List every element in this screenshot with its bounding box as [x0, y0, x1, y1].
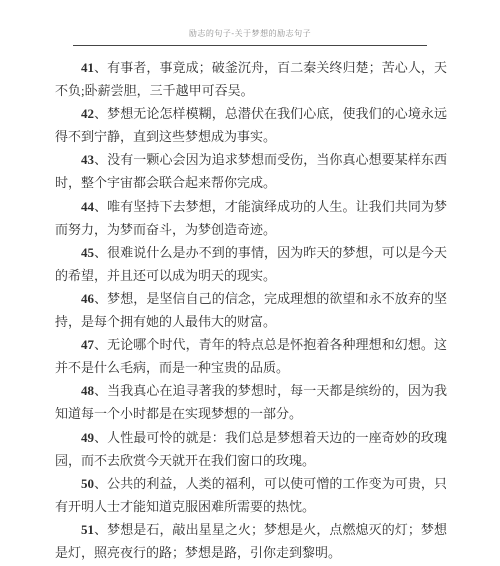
quote-paragraph: 43、没有一颗心会因为追求梦想而受伤，当你真心想要某样东西时，整个宇宙都会联合起… — [55, 148, 447, 194]
quote-list: 41、有事者，事竟成；破釜沉舟，百二秦关终归楚；苦心人，天不负;卧薪尝胆，三千越… — [55, 56, 447, 564]
quote-text: 梦想，是坚信自己的信念，完成理想的欲望和永不放弃的坚持，是每个拥有她的人最伟大的… — [55, 291, 447, 329]
quote-separator: 、 — [94, 106, 107, 121]
quote-number: 50 — [81, 476, 94, 491]
header-divider — [73, 45, 427, 46]
quote-number: 42 — [81, 106, 94, 121]
quote-separator: 、 — [94, 476, 107, 491]
quote-text: 人性最可怜的就是：我们总是梦想着天边的一座奇妙的玫瑰园，而不去欣赏今天就开在我们… — [55, 430, 447, 468]
quote-number: 48 — [81, 383, 94, 398]
quote-text: 梦想是石，敲出星星之火；梦想是火，点燃熄灭的灯；梦想是灯，照亮夜行的路；梦想是路… — [55, 522, 447, 560]
quote-paragraph: 42、梦想无论怎样模糊，总潜伏在我们心底，使我们的心境永远得不到宁静，直到这些梦… — [55, 102, 447, 148]
quote-text: 无论哪个时代，青年的特点总是怀抱着各种理想和幻想。这并不是什么毛病，而是一种宝贵… — [55, 337, 447, 375]
quote-text: 没有一颗心会因为追求梦想而受伤，当你真心想要某样东西时，整个宇宙都会联合起来帮你… — [55, 152, 447, 190]
quote-text: 当我真心在追寻著我的梦想时，每一天都是缤纷的，因为我知道每一个小时都是在实现梦想… — [55, 383, 447, 421]
quote-separator: 、 — [94, 152, 107, 167]
quote-paragraph: 44、唯有坚持下去梦想，才能演绎成功的人生。让我们共同为梦而努力，为梦而奋斗，为… — [55, 195, 447, 241]
quote-number: 43 — [81, 152, 94, 167]
quote-number: 46 — [81, 291, 94, 306]
quote-text: 唯有坚持下去梦想，才能演绎成功的人生。让我们共同为梦而努力，为梦而奋斗，为梦创造… — [55, 199, 447, 237]
quote-text: 有事者，事竟成；破釜沉舟，百二秦关终归楚；苦心人，天不负;卧薪尝胆，三千越甲可吞… — [55, 60, 447, 98]
quote-text: 公共的利益，人类的福利，可以使可憎的工作变为可贵，只有开明人士才能知道克服困难所… — [55, 476, 447, 514]
quote-paragraph: 45、很难说什么是办不到的事情，因为昨天的梦想，可以是今天的希望，并且还可以成为… — [55, 241, 447, 287]
quote-separator: 、 — [94, 60, 107, 75]
quote-paragraph: 51、梦想是石，敲出星星之火；梦想是火，点燃熄灭的灯；梦想是灯，照亮夜行的路；梦… — [55, 518, 447, 564]
quote-separator: 、 — [94, 522, 107, 537]
quote-text: 梦想无论怎样模糊，总潜伏在我们心底，使我们的心境永远得不到宁静，直到这些梦想成为… — [55, 106, 447, 144]
quote-paragraph: 47、无论哪个时代，青年的特点总是怀抱着各种理想和幻想。这并不是什么毛病，而是一… — [55, 333, 447, 379]
quote-paragraph: 50、公共的利益，人类的福利，可以使可憎的工作变为可贵，只有开明人士才能知道克服… — [55, 472, 447, 518]
quote-number: 44 — [81, 199, 94, 214]
page-header-title: 励志的句子-关于梦想的励志句子 — [0, 29, 500, 39]
document-page: 励志的句子-关于梦想的励志句子 41、有事者，事竟成；破釜沉舟，百二秦关终归楚；… — [0, 0, 500, 566]
quote-separator: 、 — [94, 291, 107, 306]
quote-separator: 、 — [94, 383, 107, 398]
quote-number: 49 — [81, 430, 94, 445]
quote-number: 51 — [81, 522, 94, 537]
quote-paragraph: 48、当我真心在追寻著我的梦想时，每一天都是缤纷的，因为我知道每一个小时都是在实… — [55, 379, 447, 425]
quote-separator: 、 — [94, 430, 107, 445]
quote-separator: 、 — [94, 337, 107, 352]
quote-paragraph: 41、有事者，事竟成；破釜沉舟，百二秦关终归楚；苦心人，天不负;卧薪尝胆，三千越… — [55, 56, 447, 102]
quote-separator: 、 — [94, 199, 107, 214]
quote-number: 47 — [81, 337, 94, 352]
quote-text: 很难说什么是办不到的事情，因为昨天的梦想，可以是今天的希望，并且还可以成为明天的… — [55, 245, 447, 283]
quote-paragraph: 49、人性最可怜的就是：我们总是梦想着天边的一座奇妙的玫瑰园，而不去欣赏今天就开… — [55, 426, 447, 472]
quote-paragraph: 46、梦想，是坚信自己的信念，完成理想的欲望和永不放弃的坚持，是每个拥有她的人最… — [55, 287, 447, 333]
quote-separator: 、 — [94, 245, 107, 260]
quote-number: 45 — [81, 245, 94, 260]
quote-number: 41 — [81, 60, 94, 75]
